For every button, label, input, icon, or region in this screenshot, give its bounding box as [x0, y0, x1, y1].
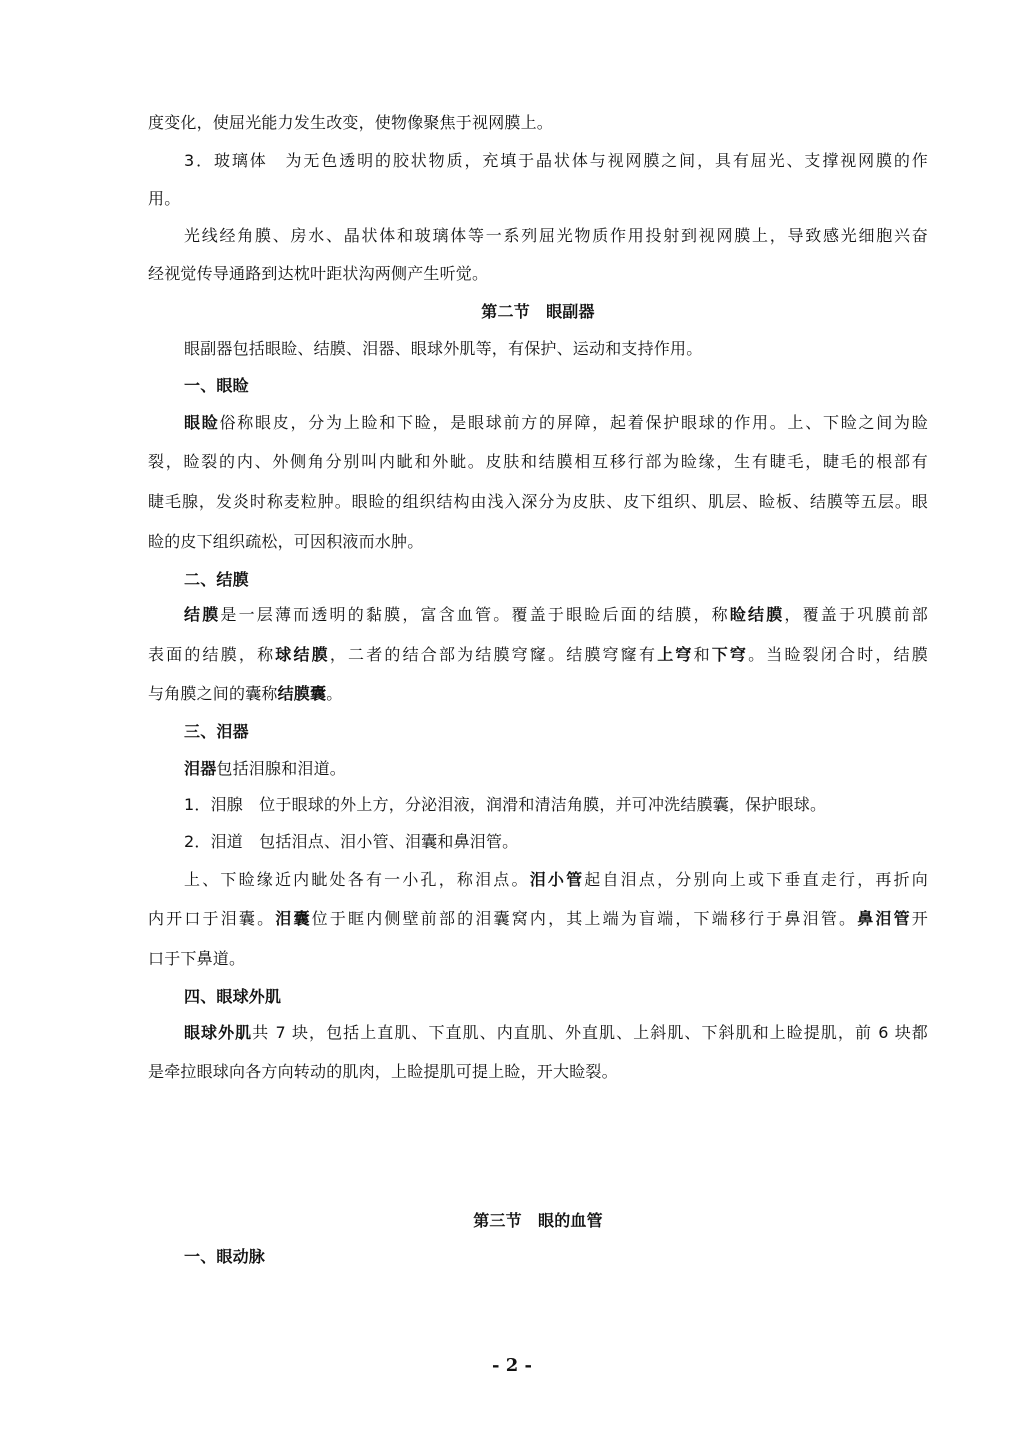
paragraph-line: 上、下睑缘近内眦处各有一小孔，称泪点。泪小管起自泪点，分别向上或下垂直走行，再折…: [184, 870, 928, 890]
paragraph-line: 度变化，使屈光能力发生改变，使物像聚焦于视网膜上。: [148, 113, 553, 133]
paragraph-line: 经视觉传导通路到达枕叶距状沟两侧产生听觉。: [148, 264, 488, 284]
section-title: 第二节 眼副器: [148, 302, 928, 322]
term: 上穹: [657, 645, 693, 664]
term: 下穹: [712, 645, 748, 664]
subsection-heading: 一、眼睑: [184, 376, 249, 396]
paragraph-line: 与角膜之间的囊称结膜囊。: [148, 684, 342, 704]
paragraph-line: 睑的皮下组织疏松，可因积液而水肿。: [148, 532, 423, 552]
list-item: 1．泪腺 位于眼球的外上方，分泌泪液，润滑和清洁角膜，并可冲洗结膜囊，保护眼球。: [184, 795, 826, 815]
term: 睑结膜: [730, 605, 785, 624]
term: 鼻泪管: [857, 909, 912, 928]
term: 眼睑: [184, 413, 220, 432]
paragraph-line: 是牵拉眼球向各方向转动的肌肉，上睑提肌可提上睑，开大睑裂。: [148, 1062, 618, 1082]
paragraph-line: 表面的结膜，称球结膜，二者的结合部为结膜穹窿。结膜穹窿有上穹和下穹。当睑裂闭合时…: [148, 645, 928, 665]
paragraph-line: 眼睑俗称眼皮，分为上睑和下睑，是眼球前方的屏障，起着保护眼球的作用。上、下睑之间…: [184, 413, 928, 433]
paragraph-line: 用。: [148, 189, 180, 209]
term: 泪囊: [275, 909, 311, 928]
paragraph-line: 睫毛腺，发炎时称麦粒肿。眼睑的组织结构由浅入深分为皮肤、皮下组织、肌层、睑板、结…: [148, 492, 928, 512]
paragraph-line: 眼球外肌共 7 块，包括上直肌、下直肌、内直肌、外直肌、上斜肌、下斜肌和上睑提肌…: [184, 1023, 928, 1043]
term: 泪器: [184, 759, 216, 778]
term: 眼球外肌: [184, 1023, 252, 1042]
term: 球结膜: [275, 645, 330, 664]
term: 泪小管: [530, 870, 585, 889]
subsection-heading: 四、眼球外肌: [184, 987, 281, 1007]
paragraph-line: 光线经角膜、房水、晶状体和玻璃体等一系列屈光物质作用投射到视网膜上，导致感光细胞…: [184, 226, 928, 246]
subsection-heading: 三、泪器: [184, 722, 249, 742]
section-title: 第三节 眼的血管: [148, 1211, 928, 1231]
paragraph-line: 内开口于泪囊。泪囊位于眶内侧壁前部的泪囊窝内，其上端为盲端，下端移行于鼻泪管。鼻…: [148, 909, 928, 929]
paragraph-line: 眼副器包括眼睑、结膜、泪器、眼球外肌等，有保护、运动和支持作用。: [184, 339, 702, 359]
paragraph-line: 裂，睑裂的内、外侧角分别叫内眦和外眦。皮肤和结膜相互移行部为睑缘，生有睫毛，睫毛…: [148, 452, 928, 472]
paragraph-line: 3．玻璃体 为无色透明的胶状物质，充填于晶状体与视网膜之间，具有屈光、支撑视网膜…: [184, 151, 928, 171]
page-number: - 2 -: [0, 1355, 1024, 1376]
paragraph-line: 口于下鼻道。: [148, 949, 245, 969]
term: 结膜: [184, 605, 220, 624]
paragraph-line: 结膜是一层薄而透明的黏膜，富含血管。覆盖于眼睑后面的结膜，称睑结膜，覆盖于巩膜前…: [184, 605, 928, 625]
paragraph-line: 泪器包括泪腺和泪道。: [184, 759, 346, 779]
subsection-heading: 二、结膜: [184, 570, 249, 590]
subsection-heading: 一、眼动脉: [184, 1247, 265, 1267]
list-item: 2．泪道 包括泪点、泪小管、泪囊和鼻泪管。: [184, 832, 518, 852]
term: 结膜囊: [278, 684, 327, 703]
